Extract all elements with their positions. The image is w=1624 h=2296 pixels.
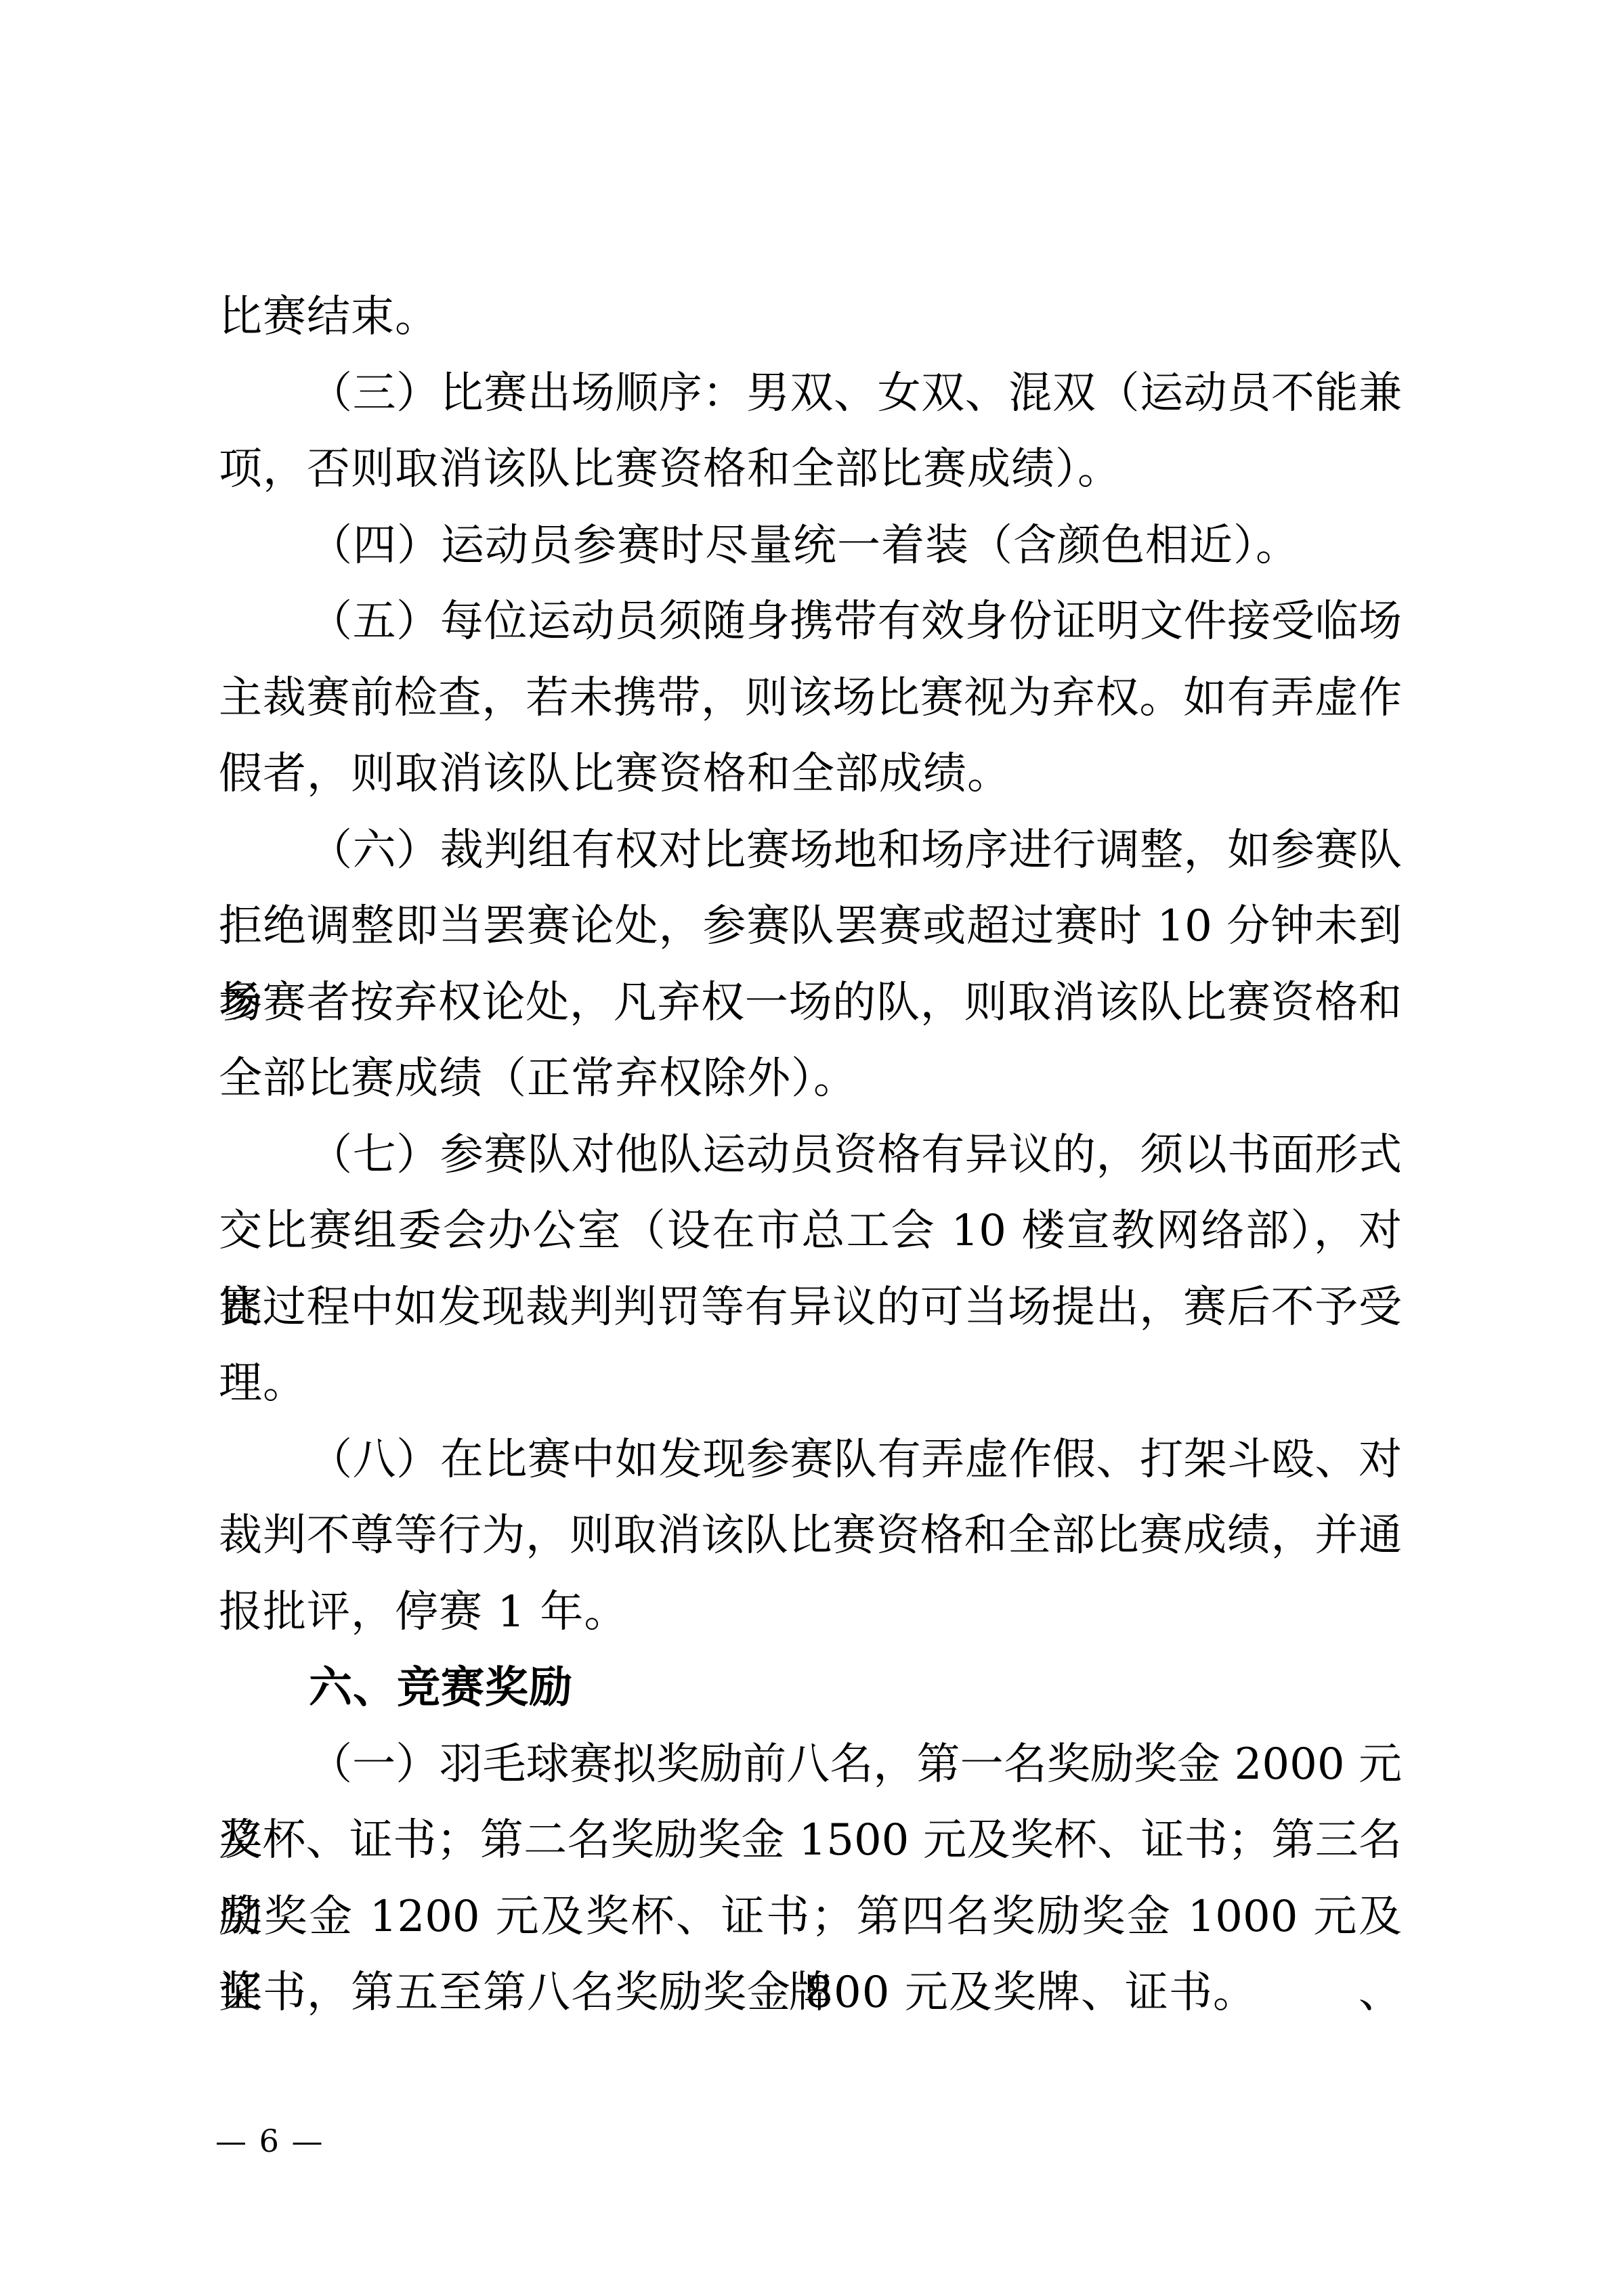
text-line: 拒绝调整即当罢赛论处，参赛队罢赛或超过赛时 10 分钟未到场: [219, 888, 1402, 965]
document-page: 比赛结束。 （三）比赛出场顺序：男双、女双、混双（运动员不能兼 项，否则取消该队…: [0, 0, 1624, 2296]
document-body: 比赛结束。 （三）比赛出场顺序：男双、女双、混双（运动员不能兼 项，否则取消该队…: [219, 279, 1402, 2031]
text-line: 全部比赛成绩（正常弃权除外）。: [219, 1041, 1402, 1117]
text-line: 比赛结束。: [219, 279, 1402, 355]
section-heading-awards: 六、竞赛奖励: [219, 1650, 1402, 1727]
text-line: 项，否则取消该队比赛资格和全部比赛成绩）。: [219, 431, 1402, 508]
text-line: （八）在比赛中如发现参赛队有弄虚作假、打架斗殴、对: [219, 1422, 1402, 1498]
text-line: 奖杯、证书；第二名奖励奖金 1500 元及奖杯、证书；第三名奖: [219, 1802, 1402, 1879]
text-line: （五）每位运动员须随身携带有效身份证明文件接受临场: [219, 584, 1402, 660]
text-line: 参赛者按弃权论处，凡弃权一场的队，则取消该队比赛资格和: [219, 965, 1402, 1041]
text-line: 假者，则取消该队比赛资格和全部成绩。: [219, 736, 1402, 813]
text-line: （四）运动员参赛时尽量统一着装（含颜色相近）。: [219, 508, 1402, 584]
text-line: 赛过程中如发现裁判判罚等有异议的可当场提出，赛后不予受: [219, 1270, 1402, 1346]
page-number: — 6 —: [215, 2123, 324, 2159]
text-line: 励奖金 1200 元及奖杯、证书；第四名奖励奖金 1000 元及奖牌、: [219, 1879, 1402, 1955]
text-line: 主裁赛前检查，若未携带，则该场比赛视为弃权。如有弄虚作: [219, 660, 1402, 737]
text-line: 报批评，停赛 1 年。: [219, 1574, 1402, 1651]
text-line: 交比赛组委会办公室（设在市总工会 10 楼宣教网络部），对比: [219, 1193, 1402, 1270]
text-line: 理。: [219, 1345, 1402, 1422]
text-line: （一）羽毛球赛拟奖励前八名，第一名奖励奖金 2000 元及: [219, 1727, 1402, 1803]
text-line: 裁判不尊等行为，则取消该队比赛资格和全部比赛成绩，并通: [219, 1498, 1402, 1574]
text-line: （七）参赛队对他队运动员资格有异议的，须以书面形式: [219, 1117, 1402, 1194]
text-line: 证书，第五至第八名奖励奖金 800 元及奖牌、证书。: [219, 1955, 1402, 2031]
text-line: （六）裁判组有权对比赛场地和场序进行调整，如参赛队: [219, 813, 1402, 889]
text-line: （三）比赛出场顺序：男双、女双、混双（运动员不能兼: [219, 355, 1402, 432]
